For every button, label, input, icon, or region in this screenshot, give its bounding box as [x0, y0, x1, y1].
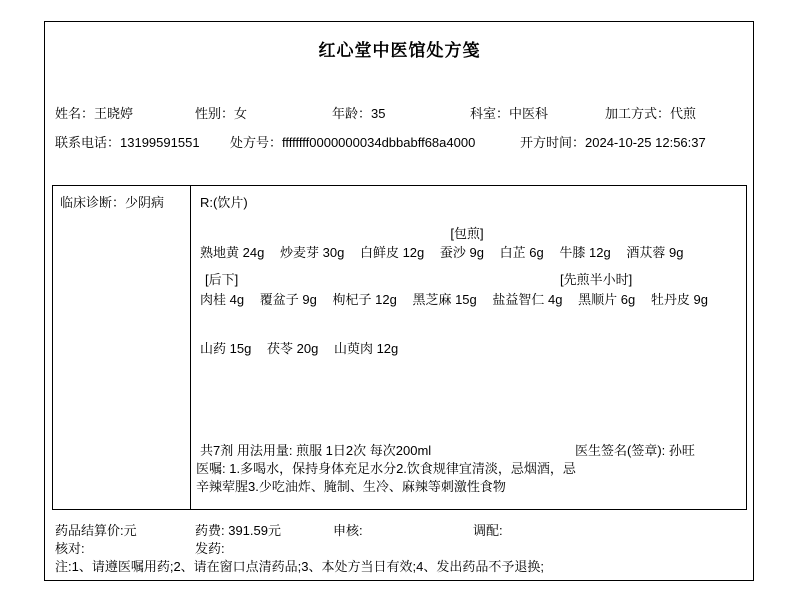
decoction-note-houxia: [后下] [205, 272, 238, 287]
herb-name: 炒麦芽 [280, 245, 319, 260]
herb-item: 熟地黄 24g [200, 245, 264, 260]
herb-item: 白鲜皮 12g [360, 245, 424, 260]
rx-header: R:(饮片) [200, 195, 248, 210]
field-processing: 加工方式：代煎 [605, 106, 696, 121]
herb-name: 牡丹皮 [651, 292, 690, 307]
decoction-note-xianjian: [先煎半小时] [560, 272, 632, 287]
herb-name: 白鲜皮 [360, 245, 399, 260]
herb-item: 黑顺片 6g [578, 292, 635, 307]
herb-item: 蚕沙 9g [440, 245, 484, 260]
herb-name: 盐益智仁 [492, 292, 544, 307]
herb-item: 黑芝麻 15g [412, 292, 476, 307]
herb-dose: 9g [470, 245, 484, 260]
herb-dose: 12g [589, 245, 611, 260]
field-gender-label: 性别： [195, 106, 234, 121]
herb-item: 茯苓 20g [267, 341, 318, 356]
prescription-box: 临床诊断：少阴病 R:(饮片) [包煎] 熟地黄 24g 炒麦芽 30g 白鲜皮… [52, 185, 747, 510]
footer-note: 注:1、请遵医嘱用药;2、请在窗口点清药品;3、本处方当日有效;4、发出药品不予… [55, 559, 544, 574]
page-title: 红心堂中医馆处方笺 [44, 36, 755, 61]
field-name-label: 姓名： [55, 106, 94, 121]
field-department-value: 中医科 [509, 106, 548, 121]
field-department: 科室：中医科 [470, 106, 548, 121]
herbs-line-1: 熟地黄 24g 炒麦芽 30g 白鲜皮 12g 蚕沙 9g 白芷 6g 牛膝 1… [200, 245, 683, 260]
field-gender-value: 女 [234, 106, 247, 121]
herbs-line-2: 肉桂 4g 覆盆子 9g 枸杞子 12g 黑芝麻 15g 盐益智仁 4g 黑顺片… [200, 292, 708, 307]
field-age-label: 年龄： [332, 106, 371, 121]
herb-item: 覆盆子 9g [260, 292, 317, 307]
herb-name: 覆盆子 [260, 292, 299, 307]
herb-item: 炒麦芽 30g [280, 245, 344, 260]
herb-name: 枸杞子 [332, 292, 371, 307]
field-diagnosis-label: 临床诊断： [60, 195, 125, 210]
field-processing-value: 代煎 [670, 106, 696, 121]
herb-name: 黑芝麻 [412, 292, 451, 307]
herb-item: 牡丹皮 9g [651, 292, 708, 307]
dispense-label: 发药: [195, 541, 225, 556]
doctor-signature: 医生签名(签章): 孙旺 [575, 443, 695, 458]
usage-line: 共7剂 用法用量: 煎服 1日2次 每次200ml [200, 443, 431, 458]
medical-advice-line-1: 医嘱: 1.多喝水，保持身体充足水分2.饮食规律宜清淡，忌烟酒，忌 [196, 461, 576, 476]
field-age: 年龄：35 [332, 106, 385, 121]
fee-label: 药费: 391.59元 [195, 523, 281, 538]
herb-name: 山药 [200, 341, 226, 356]
herb-dose: 9g [694, 292, 708, 307]
herb-dose: 15g [455, 292, 477, 307]
herb-dose: 12g [377, 341, 399, 356]
herb-item: 盐益智仁 4g [492, 292, 562, 307]
field-gender: 性别：女 [195, 106, 247, 121]
doctor-signature-value: 孙旺 [669, 443, 695, 458]
herb-dose: 20g [297, 341, 319, 356]
check-label: 核对: [55, 541, 85, 556]
settle-price-label: 药品结算价:元 [55, 523, 137, 538]
herb-name: 山萸肉 [334, 341, 373, 356]
review-label: 申核: [333, 523, 363, 538]
field-phone: 联系电话：13199591551 [55, 135, 200, 150]
herb-dose: 12g [375, 292, 397, 307]
field-name-value: 王晓婷 [94, 106, 133, 121]
herb-item: 酒苁蓉 9g [626, 245, 683, 260]
field-phone-value: 13199591551 [120, 135, 200, 150]
herb-dose: 15g [230, 341, 252, 356]
herb-name: 白芷 [500, 245, 526, 260]
herb-item: 白芷 6g [500, 245, 544, 260]
field-rx-number-label: 处方号： [230, 135, 282, 150]
field-department-label: 科室： [470, 106, 509, 121]
field-issue-time-label: 开方时间： [520, 135, 585, 150]
herb-dose: 24g [243, 245, 265, 260]
prescription-page: 红心堂中医馆处方笺 姓名：王晓婷 性别：女 年龄：35 科室：中医科 加工方式：… [0, 0, 800, 600]
medical-advice-line-2: 辛辣荤腥3.少吃油炸、腌制、生冷、麻辣等刺激性食物 [196, 479, 506, 494]
field-phone-label: 联系电话： [55, 135, 120, 150]
herb-item: 肉桂 4g [200, 292, 244, 307]
herb-item: 枸杞子 12g [332, 292, 396, 307]
decoction-note-baojian: [包煎] [190, 223, 744, 242]
field-age-value: 35 [371, 106, 385, 121]
herb-dose: 9g [669, 245, 683, 260]
herb-item: 山萸肉 12g [334, 341, 398, 356]
herb-dose: 4g [548, 292, 562, 307]
doctor-signature-label: 医生签名(签章): [575, 443, 669, 458]
herb-item: 牛膝 12g [559, 245, 610, 260]
herb-dose: 30g [323, 245, 345, 260]
field-issue-time: 开方时间：2024-10-25 12:56:37 [520, 135, 706, 150]
herbs-line-3: 山药 15g 茯苓 20g 山萸肉 12g [200, 341, 398, 356]
herb-dose: 6g [529, 245, 543, 260]
prepare-label: 调配: [473, 523, 503, 538]
herb-dose: 9g [302, 292, 316, 307]
field-issue-time-value: 2024-10-25 12:56:37 [585, 135, 706, 150]
field-processing-label: 加工方式： [605, 106, 670, 121]
field-name: 姓名：王晓婷 [55, 106, 133, 121]
herb-name: 熟地黄 [200, 245, 239, 260]
herb-dose: 12g [403, 245, 425, 260]
herb-name: 牛膝 [559, 245, 585, 260]
herb-name: 肉桂 [200, 292, 226, 307]
herb-dose: 4g [230, 292, 244, 307]
herb-dose: 6g [621, 292, 635, 307]
herb-name: 茯苓 [267, 341, 293, 356]
field-diagnosis: 临床诊断：少阴病 [60, 195, 164, 210]
field-rx-number: 处方号：ffffffff0000000034dbbabff68a4000 [230, 135, 475, 150]
herb-name: 酒苁蓉 [626, 245, 665, 260]
field-rx-number-value: ffffffff0000000034dbbabff68a4000 [282, 135, 475, 150]
herb-item: 山药 15g [200, 341, 251, 356]
herb-name: 黑顺片 [578, 292, 617, 307]
field-diagnosis-value: 少阴病 [125, 195, 164, 210]
herb-name: 蚕沙 [440, 245, 466, 260]
